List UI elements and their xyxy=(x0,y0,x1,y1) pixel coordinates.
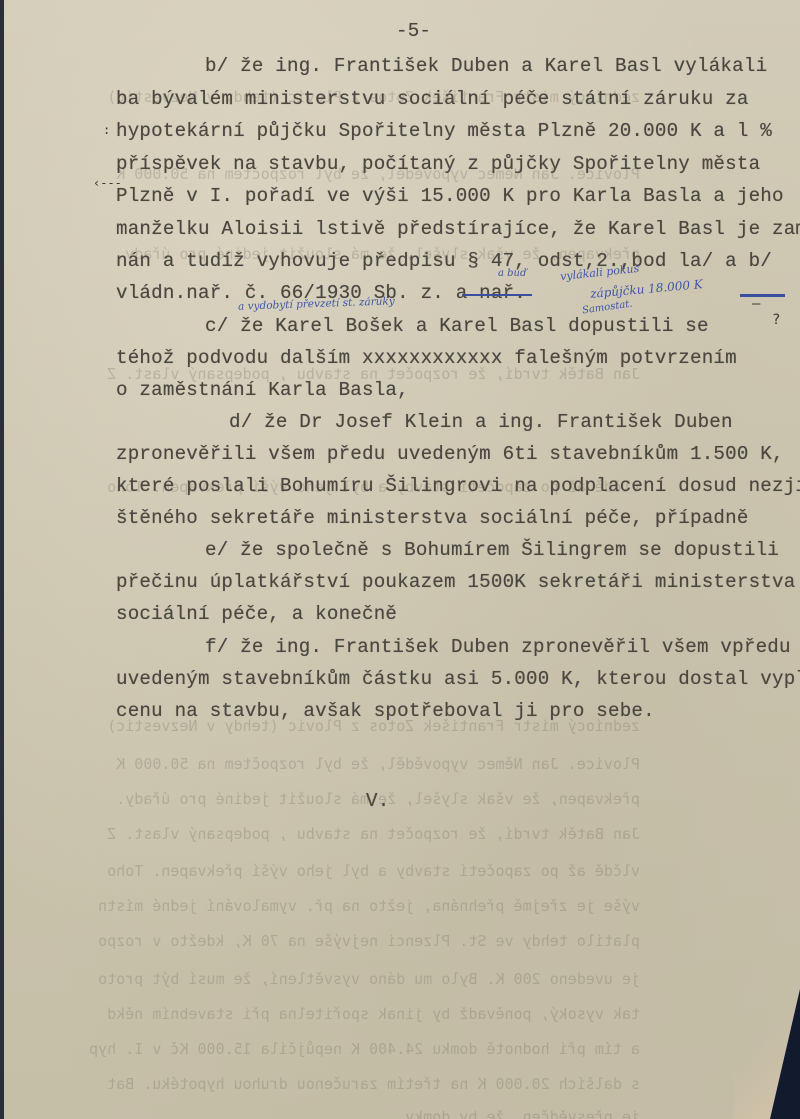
text-line: b/ že ing. František Duben a Karel Basl … xyxy=(205,55,767,77)
text-line: nán a tudíž vyhovuje předpisu § 47, odst… xyxy=(116,250,772,272)
text-line: d/ že Dr Josef Klein a ing. František Du… xyxy=(229,411,733,433)
text-line: hypotekární půjčku Spořitelny města Plzn… xyxy=(116,120,772,142)
bleed-line: je přesvědčen, že by domky xyxy=(405,1108,640,1119)
text-line: přečinu úplatkářství poukazem 1500K sekr… xyxy=(116,571,795,593)
handwritten-note: Samostat. xyxy=(581,299,633,317)
handwritten-note: zápůjčku 18.000 K xyxy=(590,277,704,301)
bleed-line: s dalších 20.000 K na třetím zaručenou d… xyxy=(107,1075,640,1093)
bleed-line: vlčdě až po započetí stavby a byl jeho v… xyxy=(107,862,640,880)
bleed-line: Plovice. Jan Němec vypověděl, že byl roz… xyxy=(116,755,640,773)
text-line: o zaměstnání Karla Basla, xyxy=(116,379,409,401)
text-line: f/ že ing. František Duben zpronevěřil v… xyxy=(205,636,791,658)
text-line: které poslali Bohumíru Šilingrovi na pod… xyxy=(116,475,800,497)
section-heading: V. xyxy=(366,790,389,812)
text-line: cenu na stavbu, avšak spotřeboval ji pro… xyxy=(116,700,655,722)
text-line: štěného sekretáře ministerstva sociální … xyxy=(116,507,749,529)
text-line: téhož podvodu dalším xxxxxxxxxxxx falešn… xyxy=(116,347,737,369)
text-line: uvedeným stavebníkům částku asi 5.000 K,… xyxy=(116,668,800,690)
text-line: Plzně v I. pořadí ve výši 15.000 K pro K… xyxy=(116,185,784,207)
margin-arrow: ‹--- xyxy=(93,176,122,190)
bleed-line: a tím při hodnotě domku 24.400 K nepůjči… xyxy=(89,1040,640,1058)
margin-dash: — xyxy=(752,296,760,312)
bleed-line: platilo tehdy ve St. Plzenci nejvýše na … xyxy=(98,932,640,950)
text-line: příspěvek na stavbu, počítaný z půjčky S… xyxy=(116,153,760,175)
scan-border-left xyxy=(0,0,4,1119)
bleed-line: je uvedeno 200 K. Bylo mu dáno vysvětlen… xyxy=(98,970,640,988)
text-line: c/ že Karel Bošek a Karel Basl dopustili… xyxy=(205,315,709,337)
margin-mark: ? xyxy=(772,312,780,328)
scanned-document-page: zedníocý mistr František Zotos z Plovic … xyxy=(0,0,800,1119)
bleed-line: tak vysoký, poněvadž by jinak spořitelna… xyxy=(107,1005,640,1023)
text-line: zpronevěřili všem předu uvedeným 6ti sta… xyxy=(116,443,784,465)
bleed-line: výše je zřejmě přehnána, ježto na př. vy… xyxy=(98,897,640,915)
handwritten-note: a buď xyxy=(498,268,526,279)
strikethrough-line xyxy=(462,294,532,296)
text-line: ba bývalém ministerstvu sociální péče st… xyxy=(116,88,749,110)
bleed-line: Jan Batěk tvrdí, že rozpočet na stavbu ,… xyxy=(107,825,640,843)
text-line: sociální péče, a konečně xyxy=(116,603,397,625)
text-line: e/ že společně s Bohumírem Šilingrem se … xyxy=(205,539,779,561)
strikethrough-line xyxy=(740,294,785,297)
text-line: manželku Aloisii lstivě předstírajíce, ž… xyxy=(116,218,800,240)
page-number: -5- xyxy=(396,20,431,42)
margin-colon: : xyxy=(103,123,110,137)
